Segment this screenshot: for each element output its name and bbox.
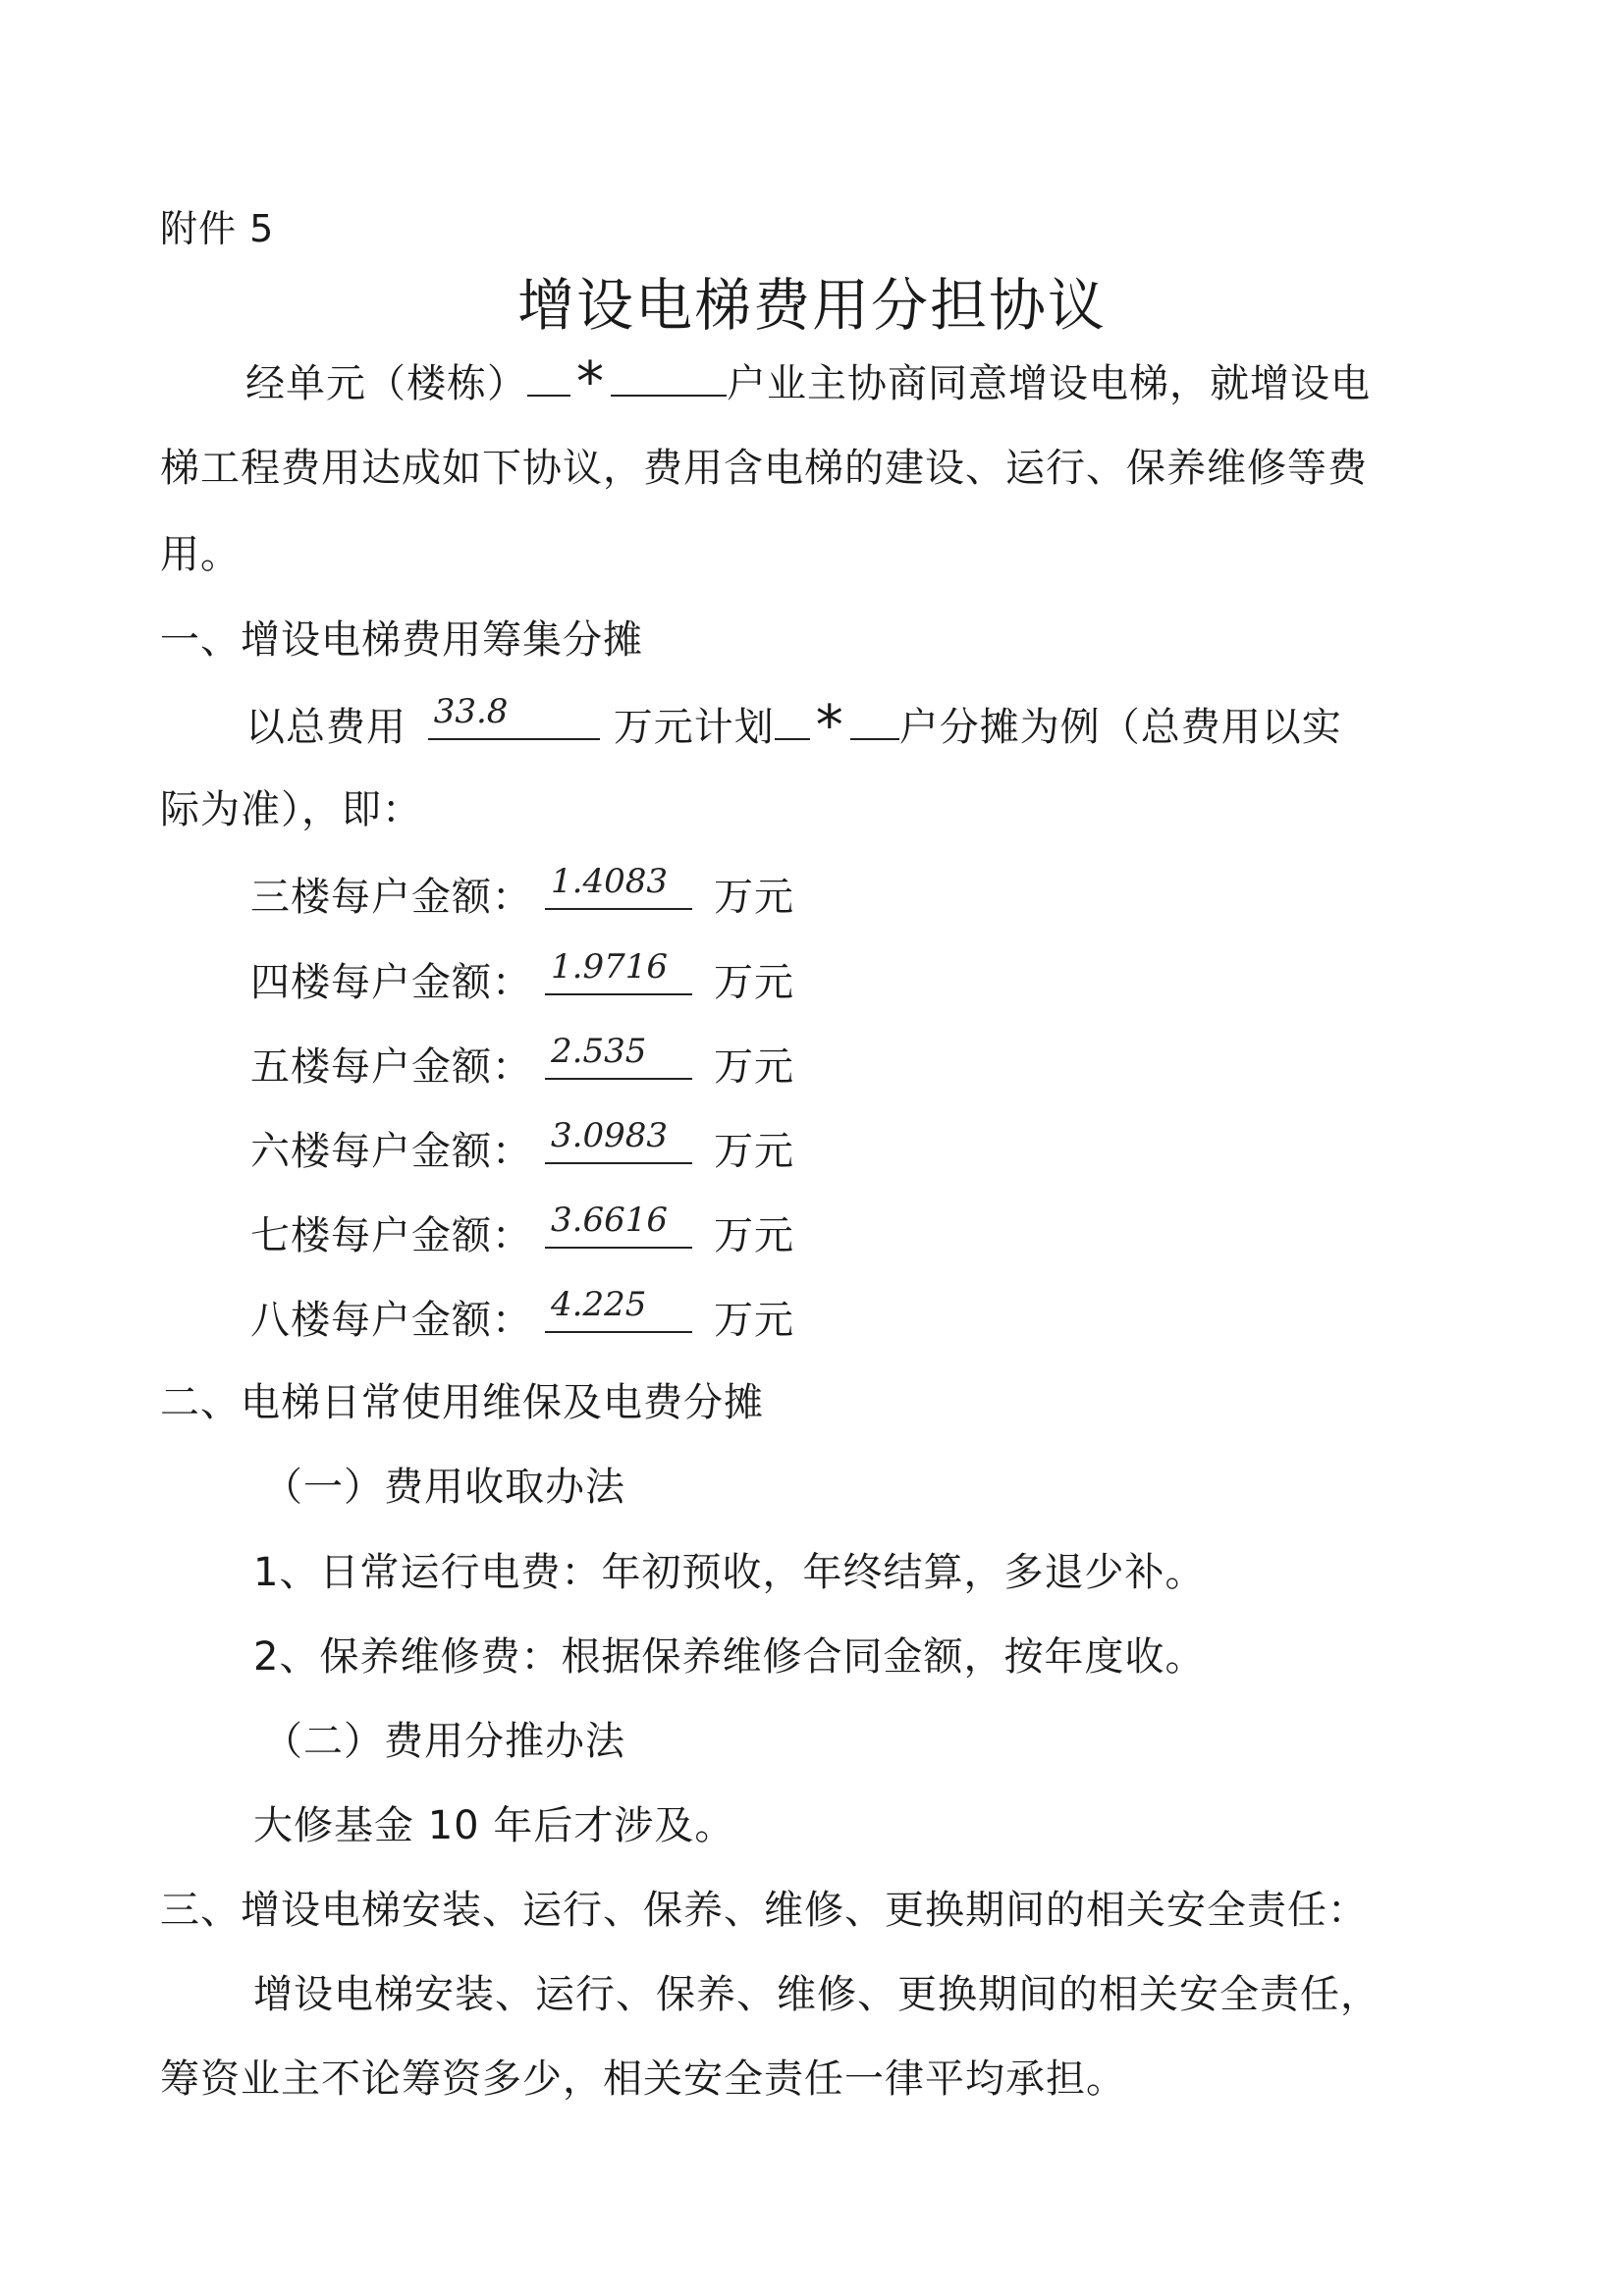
amount-value: 4.225 [551, 1280, 646, 1329]
amount-field: 2.535 [545, 1041, 692, 1080]
amount-label: 四楼每户金额： [250, 958, 545, 1007]
document-page: 附件 5 增设电梯费用分担协议 经单元（楼栋）*户业主协商同意增设电梯，就增设电… [0, 0, 1624, 2296]
amount-unit: 万元 [714, 1298, 794, 1343]
amount-unit: 万元 [714, 1044, 794, 1090]
total-cost-line-2: 际为准），即： [160, 785, 422, 834]
intro-line-1: 经单元（楼栋）*户业主协商同意增设电梯，就增设电 [245, 357, 1371, 408]
total-prefix: 以总费用 [245, 705, 406, 750]
amount-label: 五楼每户金额： [250, 1042, 545, 1092]
amount-field: 4.225 [545, 1294, 692, 1333]
amount-value: 1.4083 [551, 857, 668, 906]
amount-field: 1.4083 [545, 871, 692, 910]
total-mid: 万元计划 [614, 705, 775, 750]
section-2-item-2: 2、保养维修费：根据保养维修合同金额，按年度收。 [253, 1632, 1205, 1682]
total-suffix: 户分摊为例（总费用以实 [899, 705, 1342, 750]
amount-unit: 万元 [714, 1129, 794, 1174]
amount-row-floor-6: 六楼每户金额：3.0983万元 [250, 1125, 794, 1176]
total-cost-field: 33.8 [428, 701, 600, 740]
amount-field: 1.9716 [545, 956, 692, 995]
total-cost-line: 以总费用 33.8万元计划*户分摊为例（总费用以实 [245, 701, 1342, 752]
households-value: * [810, 707, 850, 746]
total-cost-value: 33.8 [434, 687, 509, 736]
households-blank-right [850, 701, 899, 740]
amount-row-floor-7: 七楼每户金额：3.6616万元 [250, 1209, 794, 1260]
annex-label: 附件 5 [160, 204, 274, 253]
intro-line-3: 用。 [160, 530, 241, 579]
amount-value: 3.0983 [551, 1111, 668, 1160]
amount-row-floor-3: 三楼每户金额：1.4083万元 [250, 871, 794, 922]
amount-label: 三楼每户金额： [250, 873, 545, 922]
amount-field: 3.6616 [545, 1209, 692, 1249]
amount-label: 六楼每户金额： [250, 1127, 545, 1176]
section-2-item-1: 1、日常运行电费：年初预收，年终结算，多退少补。 [253, 1548, 1205, 1597]
households-blank-left [775, 701, 810, 740]
unit-blank-left [527, 357, 570, 397]
amount-unit: 万元 [714, 960, 794, 1005]
amount-label: 八楼每户金额： [250, 1296, 545, 1345]
section-2-fund-note: 大修基金 10 年后才涉及。 [253, 1801, 734, 1850]
amount-value: 1.9716 [551, 942, 668, 991]
amount-field: 3.0983 [545, 1125, 692, 1164]
amount-label: 七楼每户金额： [250, 1211, 545, 1260]
amount-unit: 万元 [714, 1213, 794, 1258]
amount-value: 3.6616 [551, 1196, 668, 1245]
intro-text-2: 户业主协商同意增设电梯，就增设电 [727, 361, 1371, 406]
section-2-heading: 二、电梯日常使用维保及电费分摊 [160, 1378, 764, 1427]
amount-unit: 万元 [714, 875, 794, 920]
section-1-heading: 一、增设电梯费用筹集分摊 [160, 615, 643, 665]
section-3-body-line-2: 筹资业主不论筹资多少，相关安全责任一律平均承担。 [160, 2055, 1126, 2104]
section-3-body-line-1: 增设电梯安装、运行、保养、维修、更换期间的相关安全责任， [253, 1970, 1380, 2019]
unit-value: * [570, 363, 611, 402]
intro-line-2: 梯工程费用达成如下协议，费用含电梯的建设、运行、保养维修等费 [160, 444, 1368, 493]
amount-row-floor-4: 四楼每户金额：1.9716万元 [250, 956, 794, 1007]
amount-row-floor-8: 八楼每户金额：4.225万元 [250, 1294, 794, 1345]
unit-blank-right [611, 357, 727, 397]
amount-row-floor-5: 五楼每户金额：2.535万元 [250, 1041, 794, 1092]
intro-text-1: 经单元（楼栋） [245, 361, 527, 406]
section-2-sub-1: （一）费用收取办法 [263, 1463, 625, 1512]
section-2-sub-2: （二）费用分推办法 [263, 1717, 625, 1766]
section-3-heading: 三、增设电梯安装、运行、保养、维修、更换期间的相关安全责任： [160, 1886, 1368, 1935]
document-title: 增设电梯费用分担协议 [0, 271, 1624, 340]
amount-value: 2.535 [551, 1027, 646, 1076]
